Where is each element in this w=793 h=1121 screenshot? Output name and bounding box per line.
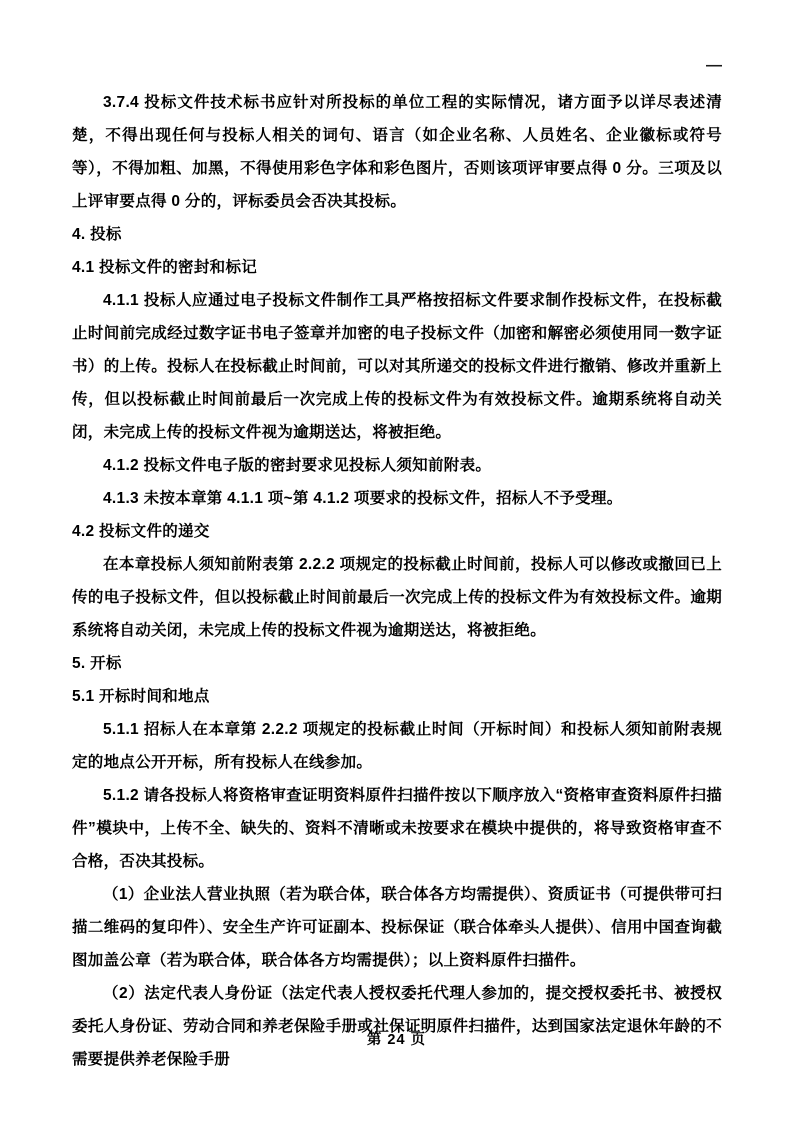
section-heading-4: 4. 投标 xyxy=(72,218,722,251)
section-heading-5: 5. 开标 xyxy=(72,647,722,680)
paragraph-item-2: （2）法定代表人身份证（法定代表人授权委托代理人参加的，提交授权委托书、被授权委… xyxy=(72,977,722,1076)
document-page: { "page": { "header_mark": "—", "footer_… xyxy=(0,0,793,1121)
paragraph-5-1-2: 5.1.2 请各投标人将资格审查证明资料原件扫描件按以下顺序放入“资格审查资料原… xyxy=(72,779,722,878)
section-heading-4-2: 4.2 投标文件的递交 xyxy=(72,515,722,548)
section-heading-5-1: 5.1 开标时间和地点 xyxy=(72,680,722,713)
paragraph-4-1-2: 4.1.2 投标文件电子版的密封要求见投标人须知前附表。 xyxy=(72,449,722,482)
paragraph-item-1: （1）企业法人营业执照（若为联合体，联合体各方均需提供）、资质证书（可提供带可扫… xyxy=(72,878,722,977)
section-heading-4-1: 4.1 投标文件的密封和标记 xyxy=(72,251,722,284)
header-dash-mark: — xyxy=(706,58,722,74)
paragraph-4-1-3: 4.1.3 未按本章第 4.1.1 项~第 4.1.2 项要求的投标文件，招标人… xyxy=(72,482,722,515)
page-number-footer: 第 24 页 xyxy=(0,1028,793,1049)
paragraph-4-1-1: 4.1.1 投标人应通过电子投标文件制作工具严格按招标文件要求制作投标文件，在投… xyxy=(72,284,722,449)
paragraph-4-2-body: 在本章投标人须知前附表第 2.2.2 项规定的投标截止时间前，投标人可以修改或撤… xyxy=(72,548,722,647)
paragraph-3-7-4: 3.7.4 投标文件技术标书应针对所投标的单位工程的实际情况，诸方面予以详尽表述… xyxy=(72,86,722,218)
document-body: 3.7.4 投标文件技术标书应针对所投标的单位工程的实际情况，诸方面予以详尽表述… xyxy=(72,86,722,1076)
paragraph-5-1-1: 5.1.1 招标人在本章第 2.2.2 项规定的投标截止时间（开标时间）和投标人… xyxy=(72,713,722,779)
